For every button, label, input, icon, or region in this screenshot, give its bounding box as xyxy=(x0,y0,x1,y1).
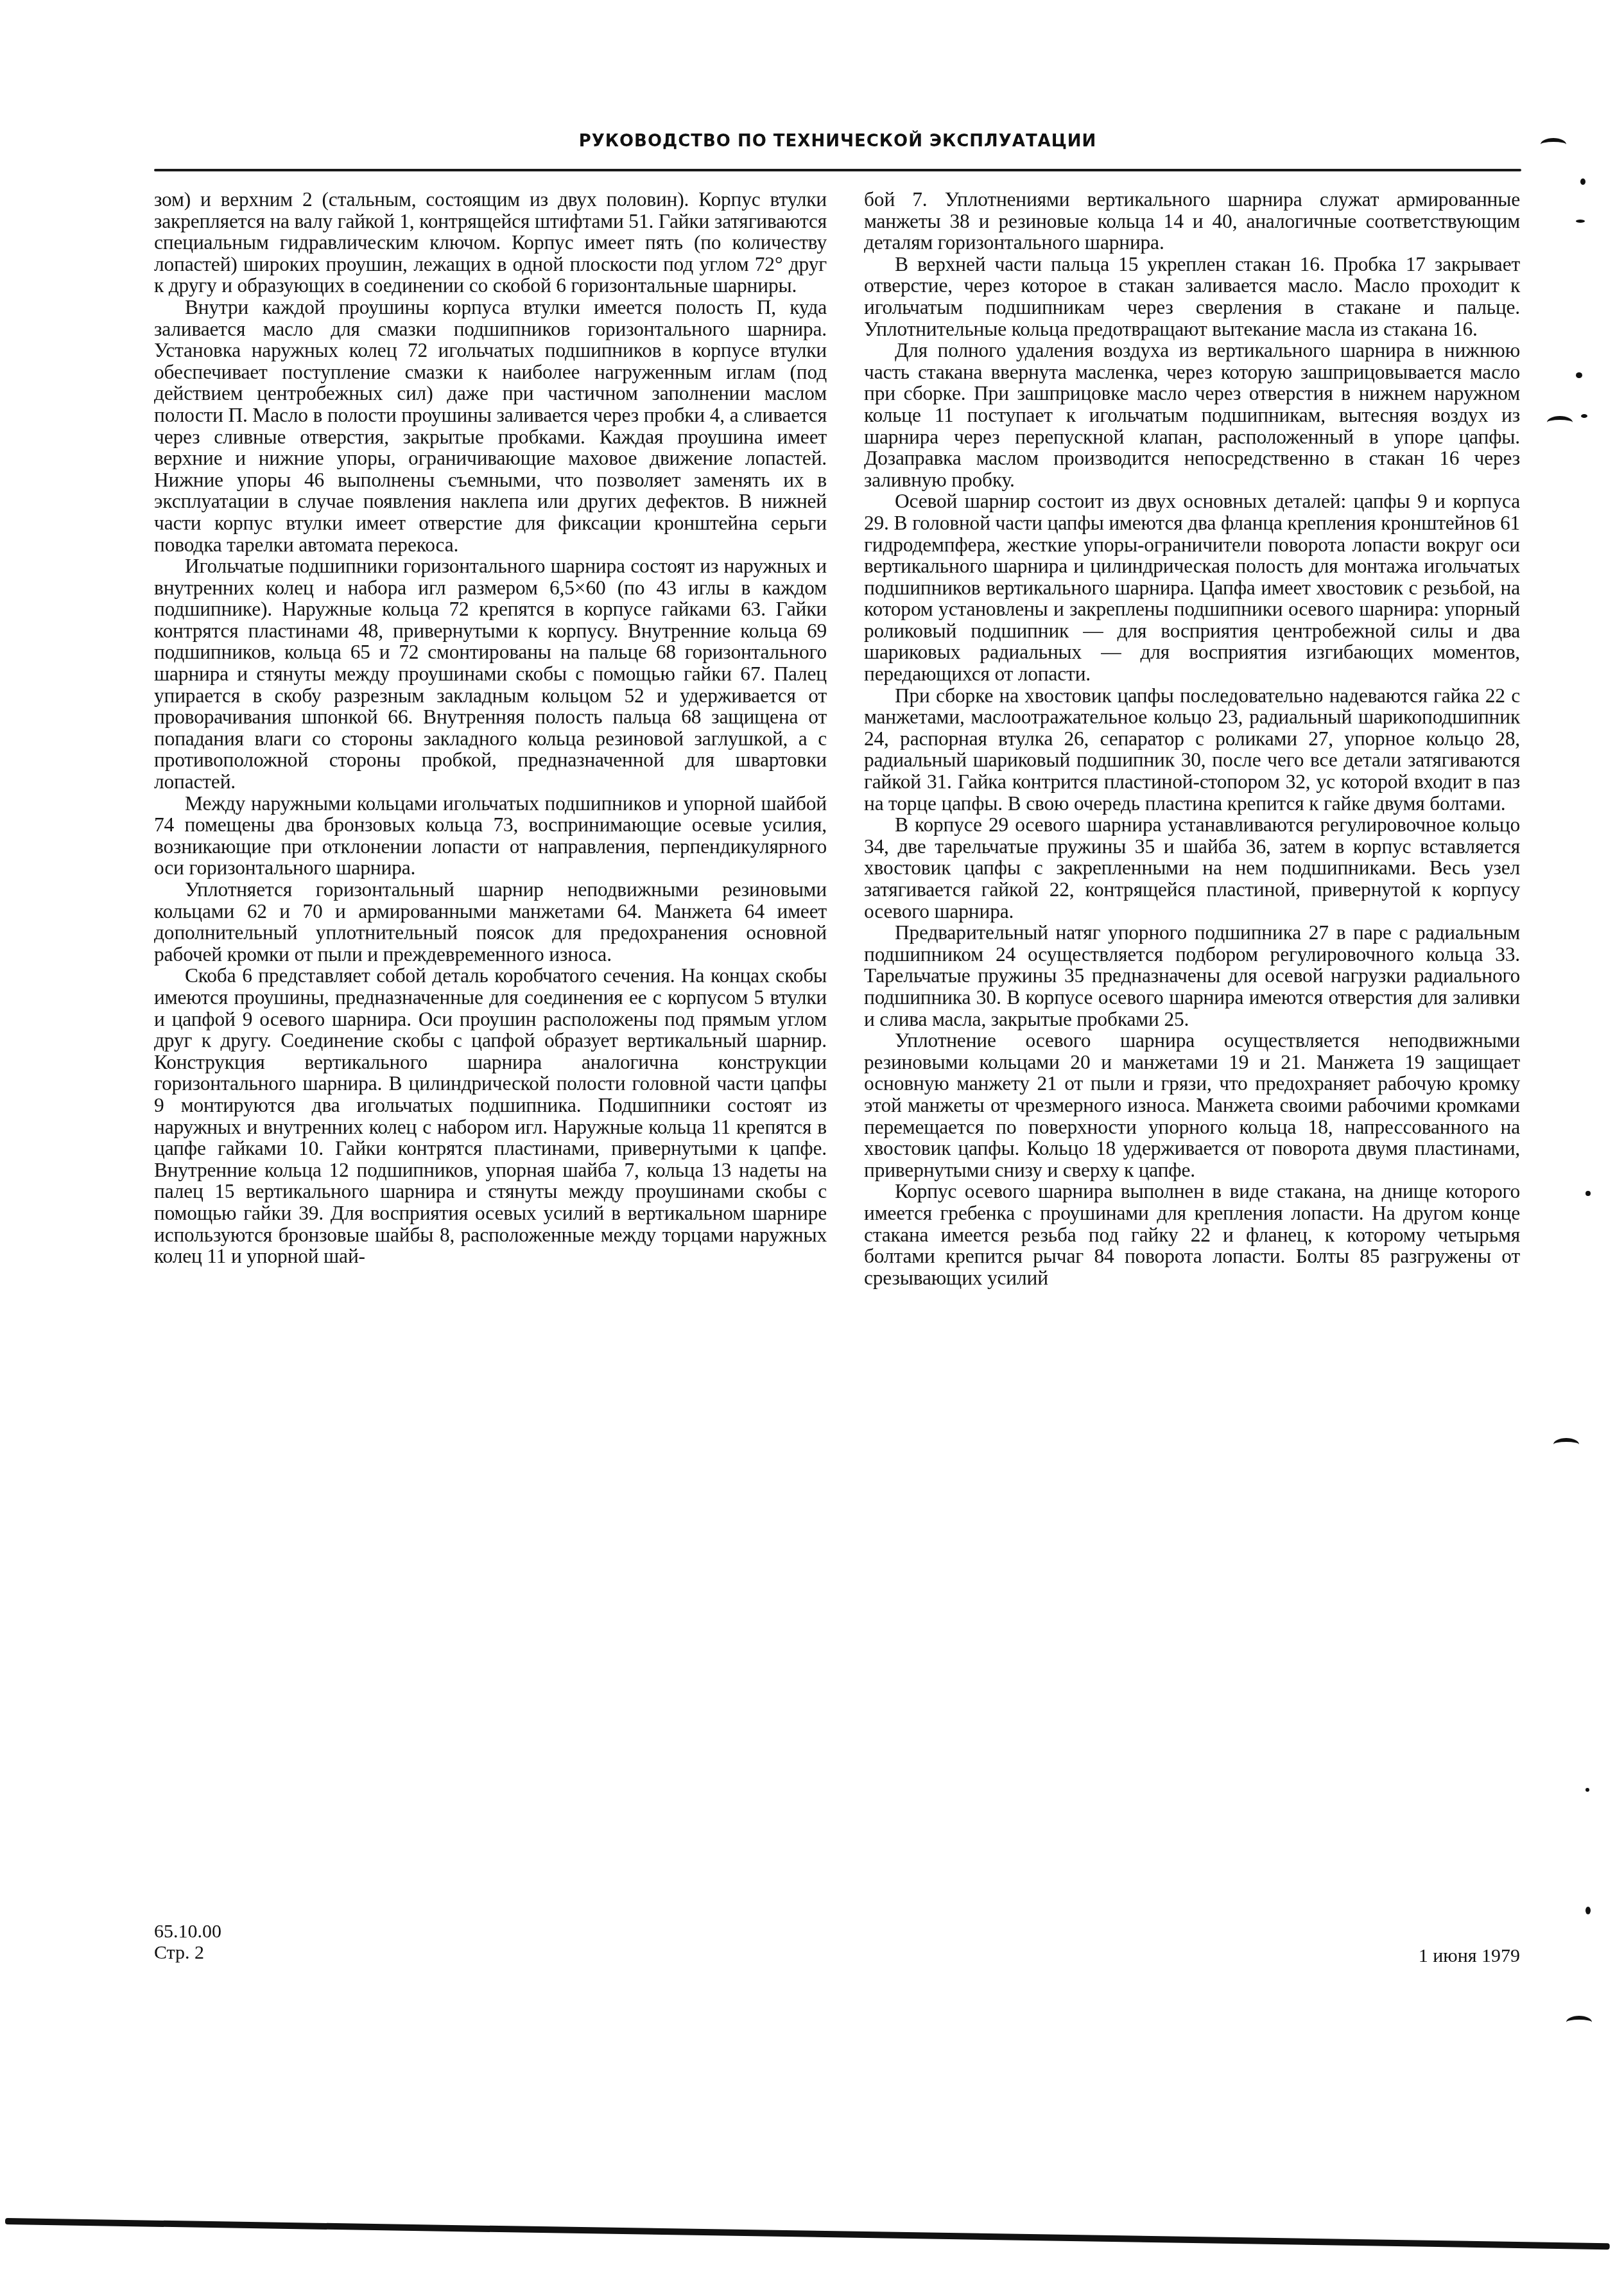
scan-mark-decoration xyxy=(1541,138,1566,151)
scan-mark-decoration xyxy=(1547,416,1573,429)
paragraph: Уплотняется горизонтальный шарнир неподв… xyxy=(154,879,827,965)
paragraph: зом) и верхним 2 (стальным, состоящим из… xyxy=(154,189,827,297)
scan-speck-decoration xyxy=(1576,372,1582,378)
scan-edge-line xyxy=(5,2218,1610,2249)
scan-mark-decoration xyxy=(1553,1438,1579,1451)
scan-speck-decoration xyxy=(1585,1191,1591,1196)
footer-doc-info: 65.10.00 Стр. 2 xyxy=(154,1921,221,1963)
scan-speck-decoration xyxy=(1580,178,1585,185)
paragraph: Игольчатые подшипники горизонтального ша… xyxy=(154,555,827,793)
scan-speck-decoration xyxy=(1585,1907,1591,1914)
scan-speck-decoration xyxy=(1585,1788,1589,1792)
paragraph: Между наружными кольцами игольчатых подш… xyxy=(154,793,827,879)
doc-code: 65.10.00 xyxy=(154,1921,221,1942)
page-number: Стр. 2 xyxy=(154,1942,221,1963)
paragraph: Внутри каждой проушины корпуса втулки им… xyxy=(154,297,827,555)
left-column: зом) и верхним 2 (стальным, состоящим из… xyxy=(154,189,827,1267)
paragraph: Уплотнение осевого шарнира осуществляетс… xyxy=(864,1030,1520,1181)
right-column: бой 7. Уплотнениями вертикального шарнир… xyxy=(864,189,1520,1288)
document-page: РУКОВОДСТВО ПО ТЕХНИЧЕСКОЙ ЭКСПЛУАТАЦИИ … xyxy=(0,0,1624,2279)
issue-date: 1 июня 1979 xyxy=(1419,1945,1520,1967)
paragraph: В корпусе 29 осевого шарнира устанавлива… xyxy=(864,814,1520,922)
paragraph: При сборке на хвостовик цапфы последоват… xyxy=(864,685,1520,815)
running-title: РУКОВОДСТВО ПО ТЕХНИЧЕСКОЙ ЭКСПЛУАТАЦИИ xyxy=(154,132,1521,151)
header-rule xyxy=(154,169,1521,171)
paragraph: Осевой шарнир состоит из двух основных д… xyxy=(864,490,1520,684)
scan-speck-decoration xyxy=(1576,220,1585,223)
paragraph: Предварительный натяг упорного подшипник… xyxy=(864,922,1520,1030)
paragraph: Для полного удаления воздуха из вертикал… xyxy=(864,340,1520,490)
paragraph: В верхней части пальца 15 укреплен стака… xyxy=(864,254,1520,340)
scan-speck-decoration xyxy=(1581,414,1587,418)
paragraph: Скоба 6 представляет собой деталь коробч… xyxy=(154,965,827,1267)
paragraph: бой 7. Уплотнениями вертикального шарнир… xyxy=(864,189,1520,254)
scan-mark-decoration xyxy=(1566,2016,1592,2029)
paragraph: Корпус осевого шарнира выполнен в виде с… xyxy=(864,1181,1520,1288)
